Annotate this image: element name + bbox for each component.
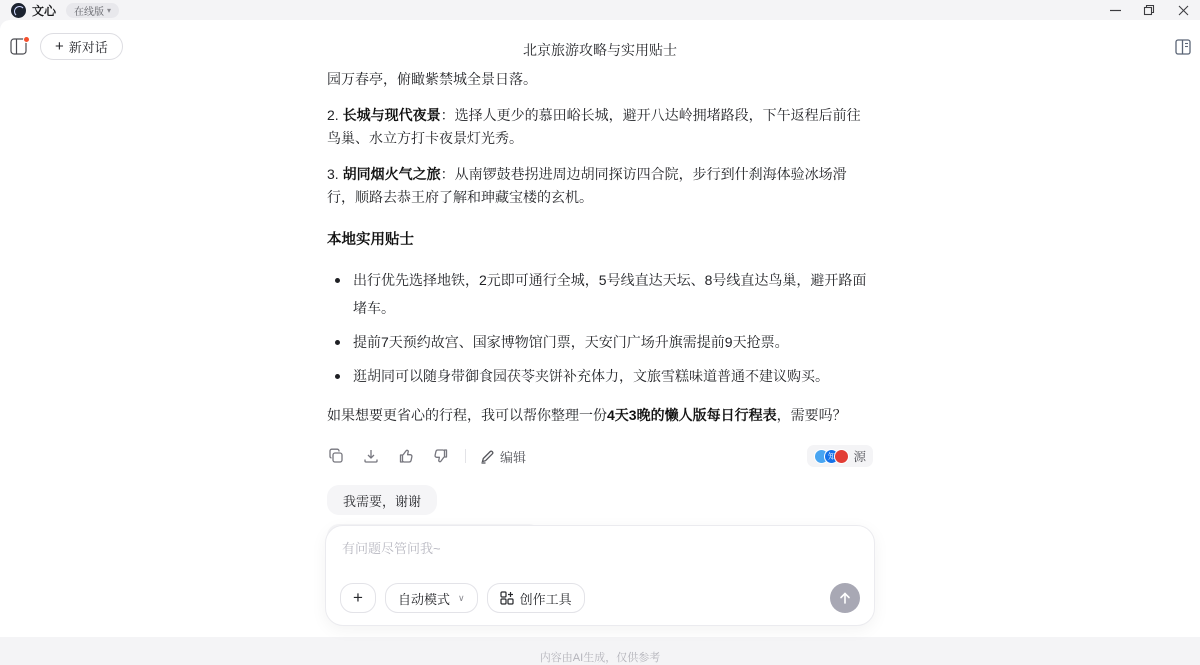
message-paragraph: 园万春亭，俯瞰紫禁城全景日落。 (327, 68, 873, 91)
window-titlebar: 文心 在线版 ▾ (0, 0, 1200, 20)
page-title: 北京旅游攻略与实用贴士 (0, 40, 1200, 60)
mode-selector-button[interactable]: 自动模式 ∨ (385, 583, 478, 613)
edit-label: 编辑 (500, 447, 526, 466)
message-list-item-3: 3. 胡同烟火气之旅：从南锣鼓巷拐进周边胡同探访四合院，步行到什刹海体验冰场滑行… (327, 163, 873, 209)
send-button[interactable] (830, 583, 860, 613)
download-icon[interactable] (362, 448, 379, 465)
close-button[interactable] (1166, 0, 1200, 20)
suggestion-chip[interactable]: 我需要，谢谢 (327, 485, 437, 515)
open-right-panel-icon[interactable] (1175, 39, 1191, 55)
composer-card: + 自动模式 ∨ 创作工具 (325, 525, 875, 626)
chevron-down-icon: ∨ (458, 593, 465, 604)
tip-item: 逛胡同可以随身带御食园茯苓夹饼补充体力，文旅雪糕味道普通不建议购买。 (327, 362, 873, 390)
wenxin-logo-icon (11, 3, 26, 18)
version-label: 在线版 (74, 3, 104, 18)
tip-item: 出行优先选择地铁，2元即可通行全城，5号线直达天坛、8号线直达鸟巢，避开路面堵车… (327, 266, 873, 322)
attach-plus-button[interactable]: + (340, 583, 376, 613)
message-action-row: 编辑 知 源 (327, 445, 873, 467)
thumbs-down-icon[interactable] (432, 448, 449, 465)
creation-tools-label: 创作工具 (520, 589, 572, 608)
source-badge-icon (834, 449, 849, 464)
tips-list: 出行优先选择地铁，2元即可通行全城，5号线直达天坛、8号线直达鸟巢，避开路面堵车… (327, 266, 873, 390)
grid-plus-icon (500, 591, 514, 605)
version-selector[interactable]: 在线版 ▾ (66, 3, 119, 18)
main-panel: + 新对话 北京旅游攻略与实用贴士 园万春亭，俯瞰紫禁城全景日落。 2. 长城与… (0, 20, 1200, 637)
source-label: 源 (853, 447, 866, 465)
sources-button[interactable]: 知 源 (807, 445, 873, 467)
section-heading: 本地实用贴士 (327, 229, 873, 252)
chevron-down-icon: ▾ (107, 6, 111, 15)
thumbs-up-icon[interactable] (397, 448, 414, 465)
edit-button[interactable]: 编辑 (480, 447, 526, 466)
minimize-button[interactable] (1098, 0, 1132, 20)
divider (465, 449, 466, 463)
tip-item: 提前7天预约故宫、国家博物馆门票，天安门广场升旗需提前9天抢票。 (327, 328, 873, 356)
closing-question: 如果想要更省心的行程，我可以帮你整理一份4天3晚的懒人版每日行程表，需要吗？ (327, 404, 873, 427)
mode-label: 自动模式 (398, 589, 450, 608)
message-input[interactable] (342, 541, 858, 556)
creation-tools-button[interactable]: 创作工具 (487, 583, 585, 613)
restore-button[interactable] (1132, 0, 1166, 20)
app-name: 文心 (32, 2, 56, 19)
copy-icon[interactable] (327, 448, 344, 465)
message-list-item-2: 2. 长城与现代夜景：选择人更少的慕田峪长城，避开八达岭拥堵路段，下午返程后前往… (327, 104, 873, 150)
arrow-up-icon (838, 591, 852, 605)
